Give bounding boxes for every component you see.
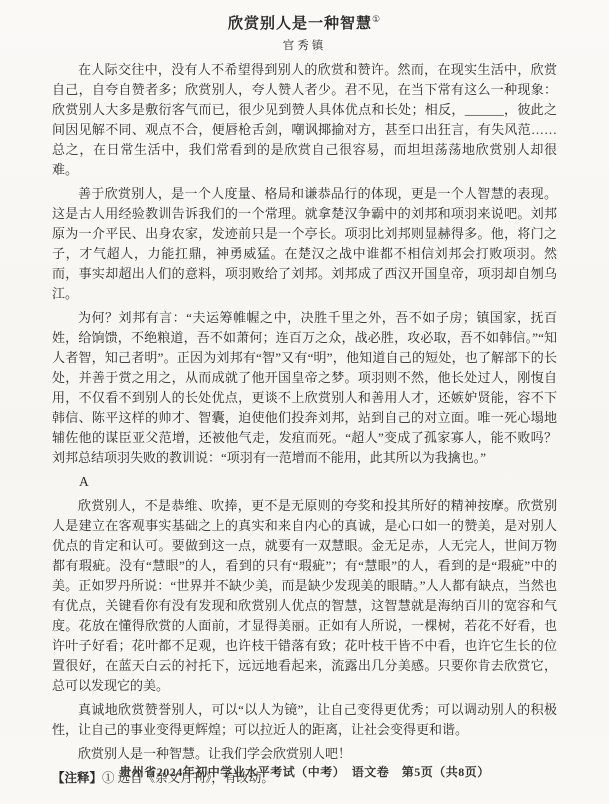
page-footer: 贵州省2024年初中学业水平考试（中考） 语文卷 第5页（共8页）: [0, 763, 609, 780]
article-title: 欣赏别人是一种智慧①: [52, 12, 557, 33]
article-paragraph: 在人际交往中，没有人不希望得到别人的欣赏和赞许。然而，在现实生活中，欣赏自己，自…: [52, 60, 557, 180]
title-footnote-marker: ①: [372, 14, 381, 24]
article-paragraph: 为何？刘邦有言：“夫运筹帷幄之中，决胜千里之外，吾不如子房；镇国家，抚百姓，给饷…: [52, 308, 557, 468]
article-paragraph: 欣赏别人，不是恭维、吹捧，更不是无原则的夸奖和投其所好的精神按摩。欣赏别人是建立…: [52, 496, 557, 696]
exam-page: 欣赏别人是一种智慧① 官秀镇 在人际交往中，没有人不希望得到别人的欣赏和赞许。然…: [0, 0, 609, 804]
insert-point-a-marker: A: [52, 472, 557, 492]
article-author: 官秀镇: [52, 37, 557, 53]
article-paragraph: 欣赏别人是一种智慧。让我们学会欣赏别人吧！: [52, 744, 557, 764]
article-paragraph: 善于欣赏别人，是一个人度量、格局和谦恭品行的体现，更是一个人智慧的表现。这是古人…: [52, 184, 557, 304]
article-title-text: 欣赏别人是一种智慧: [228, 16, 372, 32]
article-paragraph: 真诚地欣赏赞誉别人，可以“以人为镜”，让自己变得更优秀；可以调动别人的积极性，让…: [52, 700, 557, 740]
